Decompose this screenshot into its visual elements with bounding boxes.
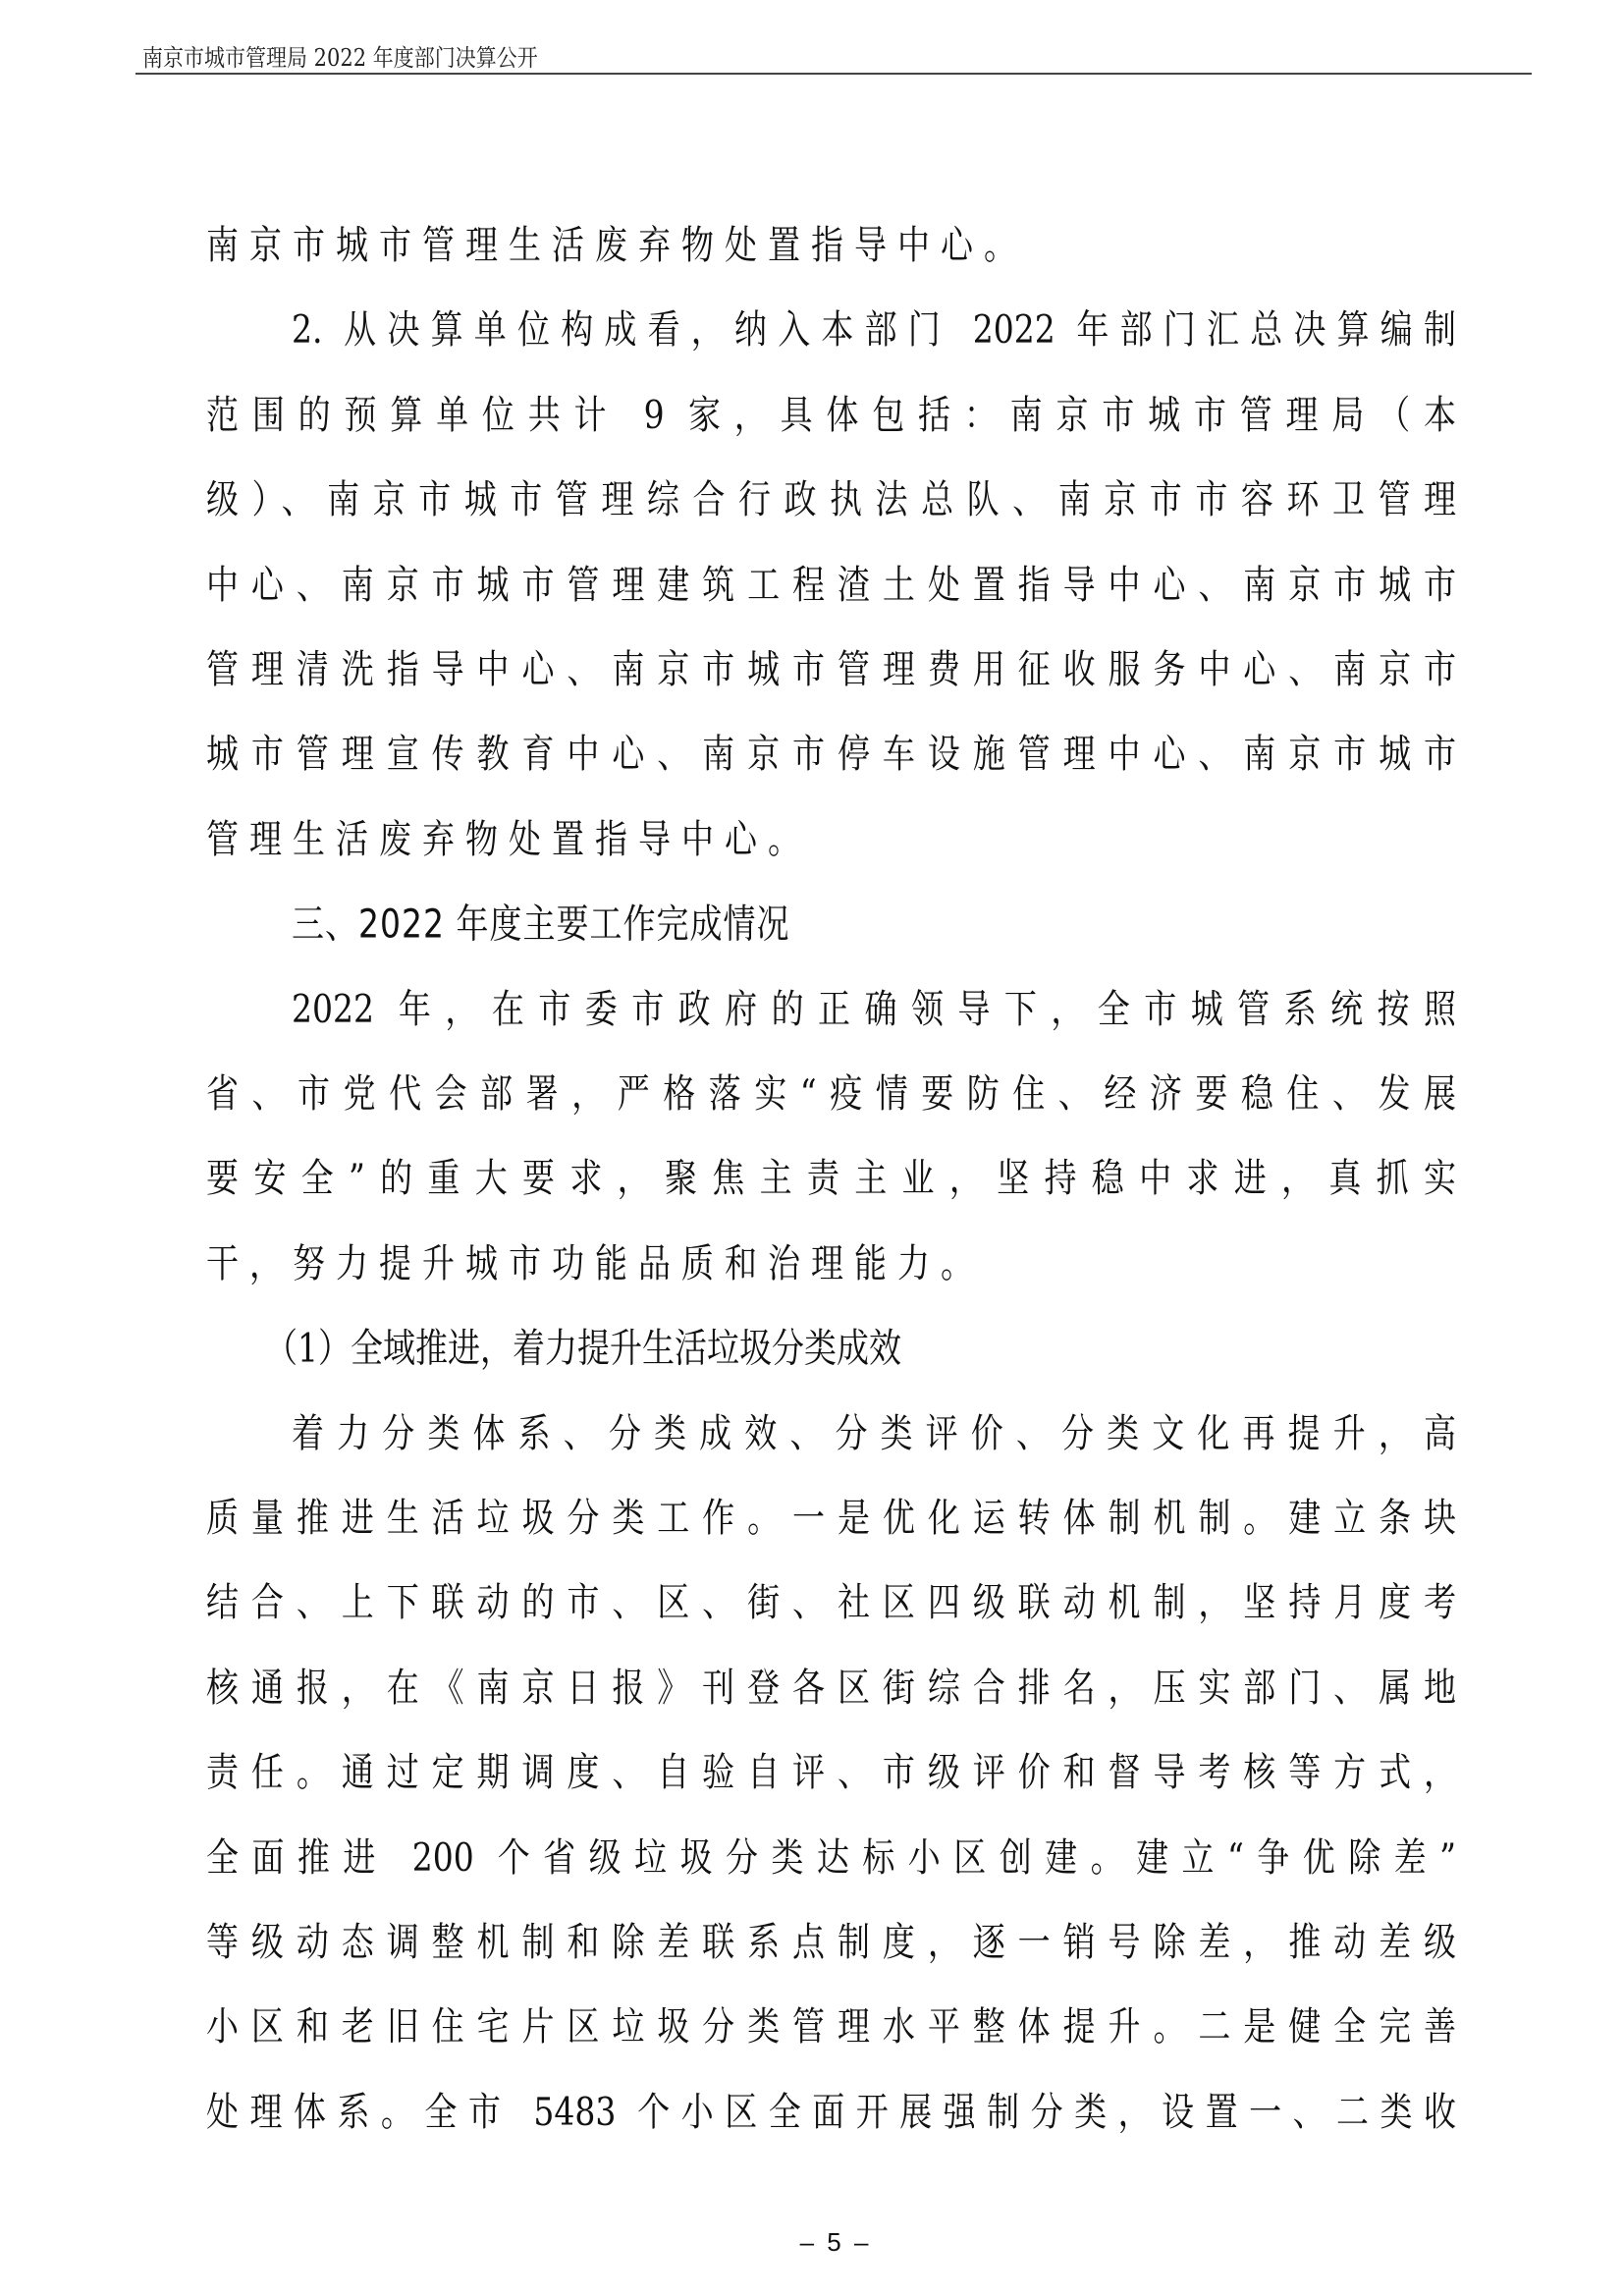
line-text: 结合、上下联动的市、区、街、社区四级联动机制，坚持月度考: [206, 1575, 1456, 1632]
line-text: 要安全”的重大要求，聚焦主责主业，坚持稳中求进，真抓实: [206, 1151, 1456, 1208]
page-number: – 5 –: [0, 2225, 1623, 2259]
paragraph-line: 南京市城市管理生活废弃物处置指导中心。: [206, 222, 1456, 269]
line-text: 管理生活废弃物处置指导中心。: [206, 811, 1456, 868]
line-text: 着力分类体系、分类成效、分类评价、分类文化再提升，高: [206, 1405, 1456, 1462]
section-heading-text: 三、2022 年度主要工作完成情况: [206, 896, 1456, 954]
paragraph-line: 省、市党代会部署，严格落实“疫情要防住、经济要稳住、发展: [206, 1070, 1456, 1118]
paragraph-line: 小区和老旧住宅片区垃圾分类管理水平整体提升。二是健全完善: [206, 2003, 1456, 2050]
paragraph-line: 全面推进 200 个省级垃圾分类达标小区创建。建立“争优除差”: [206, 1834, 1456, 1882]
paragraph-line: 2. 从决算单位构成看，纳入本部门 2022 年部门汇总决算编制: [206, 306, 1456, 354]
paragraph-line: 城市管理宣传教育中心、南京市停车设施管理中心、南京市城市: [206, 731, 1456, 778]
paragraph-line: 结合、上下联动的市、区、街、社区四级联动机制，坚持月度考: [206, 1579, 1456, 1626]
line-text: 责任。通过定期调度、自验自评、市级评价和督导考核等方式，: [206, 1744, 1456, 1801]
line-text: 城市管理宣传教育中心、南京市停车设施管理中心、南京市城市: [206, 727, 1456, 784]
paragraph-line: 干，努力提升城市功能品质和治理能力。: [206, 1240, 1456, 1287]
line-text: 2022 年，在市委市政府的正确领导下，全市城管系统按照: [206, 981, 1456, 1038]
document-page: 南京市城市管理局 2022 年度部门决算公开 南京市城市管理生活废弃物处置指导中…: [0, 0, 1623, 2296]
line-text: 干，努力提升城市功能品质和治理能力。: [206, 1235, 1456, 1292]
paragraph-line: 质量推进生活垃圾分类工作。一是优化运转体制机制。建立条块: [206, 1495, 1456, 1542]
line-text: 范围的预算单位共计 9 家，具体包括：南京市城市管理局（本: [206, 387, 1456, 444]
paragraph-line: 管理生活废弃物处置指导中心。: [206, 816, 1456, 863]
paragraph-line: 范围的预算单位共计 9 家，具体包括：南京市城市管理局（本: [206, 392, 1456, 439]
line-text: 南京市城市管理生活废弃物处置指导中心。: [206, 217, 1456, 274]
subsection-heading: （1）全域推进，着力提升生活垃圾分类成效: [206, 1325, 1456, 1372]
line-text: 2. 从决算单位构成看，纳入本部门 2022 年部门汇总决算编制: [206, 302, 1456, 359]
paragraph-line: 责任。通过定期调度、自验自评、市级评价和督导考核等方式，: [206, 1749, 1456, 1796]
line-text: 等级动态调整机制和除差联系点制度，逐一销号除差，推动差级: [206, 1914, 1456, 1971]
subsection-heading-text: （1）全域推进，着力提升生活垃圾分类成效: [206, 1320, 1456, 1378]
line-text: 中心、南京市城市管理建筑工程渣土处置指导中心、南京市城市: [206, 557, 1456, 614]
running-header: 南京市城市管理局 2022 年度部门决算公开: [142, 43, 538, 73]
paragraph-line: 级）、南京市城市管理综合行政执法总队、南京市市容环卫管理: [206, 476, 1456, 523]
line-text: 省、市党代会部署，严格落实“疫情要防住、经济要稳住、发展: [206, 1066, 1456, 1122]
line-text: 质量推进生活垃圾分类工作。一是优化运转体制机制。建立条块: [206, 1490, 1456, 1547]
line-text: 管理清洗指导中心、南京市城市管理费用征收服务中心、南京市: [206, 641, 1456, 698]
paragraph-line: 要安全”的重大要求，聚焦主责主业，坚持稳中求进，真抓实: [206, 1155, 1456, 1202]
header-divider: [135, 73, 1532, 75]
paragraph-line: 管理清洗指导中心、南京市城市管理费用征收服务中心、南京市: [206, 646, 1456, 693]
paragraph-line: 2022 年，在市委市政府的正确领导下，全市城管系统按照: [206, 986, 1456, 1033]
paragraph-line: 核通报，在《南京日报》刊登各区街综合排名，压实部门、属地: [206, 1665, 1456, 1712]
paragraph-line: 处理体系。全市 5483 个小区全面开展强制分类，设置一、二类收: [206, 2089, 1456, 2136]
line-text: 级）、南京市城市管理综合行政执法总队、南京市市容环卫管理: [206, 471, 1456, 528]
paragraph-line: 等级动态调整机制和除差联系点制度，逐一销号除差，推动差级: [206, 1919, 1456, 1966]
paragraph-line: 着力分类体系、分类成效、分类评价、分类文化再提升，高: [206, 1410, 1456, 1457]
line-text: 处理体系。全市 5483 个小区全面开展强制分类，设置一、二类收: [206, 2084, 1456, 2141]
line-text: 核通报，在《南京日报》刊登各区街综合排名，压实部门、属地: [206, 1660, 1456, 1717]
line-text: 全面推进 200 个省级垃圾分类达标小区创建。建立“争优除差”: [206, 1830, 1456, 1886]
section-heading: 三、2022 年度主要工作完成情况: [206, 901, 1456, 948]
paragraph-line: 中心、南京市城市管理建筑工程渣土处置指导中心、南京市城市: [206, 562, 1456, 609]
line-text: 小区和老旧住宅片区垃圾分类管理水平整体提升。二是健全完善: [206, 1999, 1456, 2056]
